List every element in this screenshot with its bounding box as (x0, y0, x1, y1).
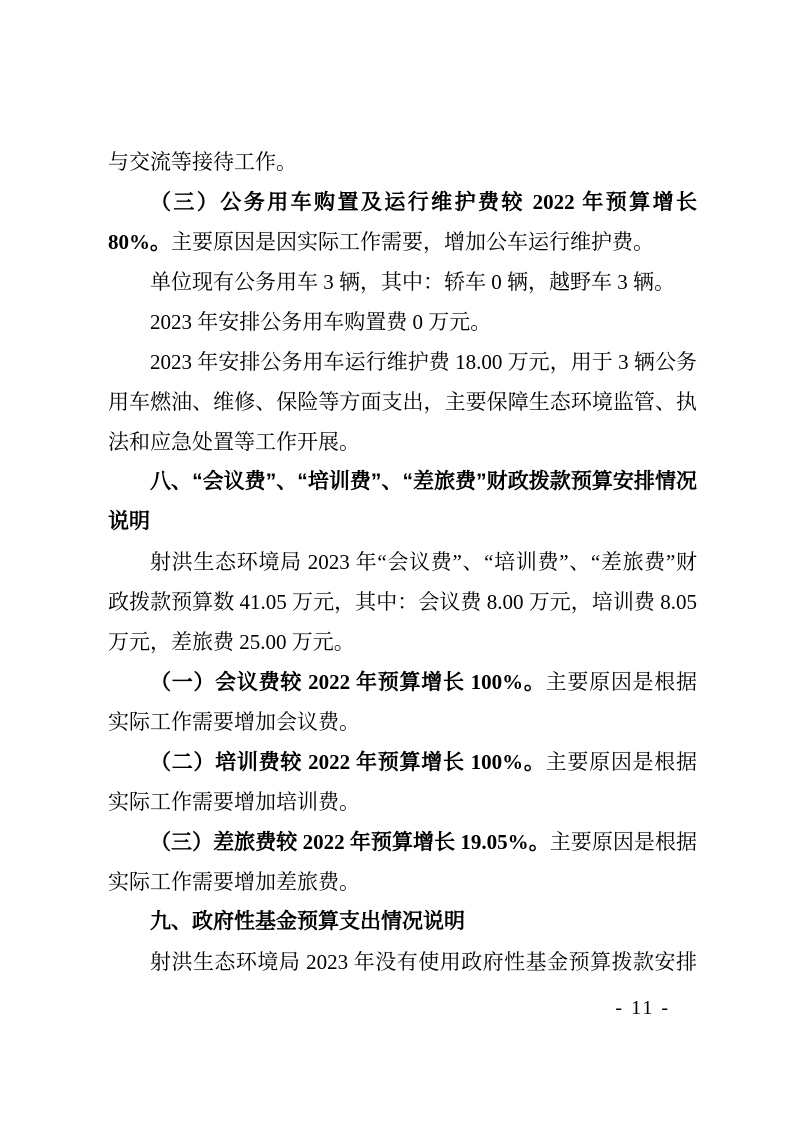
document-body: 与交流等接待工作。（三）公务用车购置及运行维护费较 2022 年预算增长 80%… (108, 142, 697, 982)
paragraph: 2023 年安排公务用车运行维护费 18.00 万元，用于 3 辆公务用车燃油、… (108, 342, 697, 462)
paragraph: （三）差旅费较 2022 年预算增长 19.05%。主要原因是根据实际工作需要增… (108, 822, 697, 902)
document-page: 与交流等接待工作。（三）公务用车购置及运行维护费较 2022 年预算增长 80%… (0, 0, 793, 1122)
text-run: （二）培训费较 2022 年预算增长 100%。 (150, 750, 546, 774)
text-run: 单位现有公务用车 3 辆，其中：轿车 0 辆，越野车 3 辆。 (150, 270, 675, 294)
section-heading: 九、政府性基金预算支出情况说明 (108, 902, 697, 942)
section-heading: 八、“会议费”、“培训费”、“差旅费”财政拨款预算安排情况说明 (108, 462, 697, 542)
text-run: 2023 年安排公务用车购置费 0 万元。 (150, 310, 491, 334)
paragraph: 与交流等接待工作。 (108, 142, 697, 182)
text-run: 九、政府性基金预算支出情况说明 (150, 910, 465, 933)
text-run: 射洪生态环境局 2023 年没有使用政府性基金预算拨款安排 (150, 950, 697, 974)
text-run: 主要原因是因实际工作需要，增加公车运行维护费。 (171, 230, 654, 254)
text-run: （三）差旅费较 2022 年预算增长 19.05%。 (150, 830, 550, 854)
text-run: 八、“会议费”、“培训费”、“差旅费”财政拨款预算安排情况说明 (108, 470, 697, 533)
text-run: （一）会议费较 2022 年预算增长 100%。 (150, 670, 546, 694)
paragraph: （二）培训费较 2022 年预算增长 100%。主要原因是根据实际工作需要增加培… (108, 742, 697, 822)
text-run: 2023 年安排公务用车运行维护费 18.00 万元，用于 3 辆公务用车燃油、… (108, 350, 697, 454)
paragraph: 2023 年安排公务用车购置费 0 万元。 (108, 302, 697, 342)
paragraph: 射洪生态环境局 2023 年没有使用政府性基金预算拨款安排 (108, 942, 697, 982)
page-number: - 11 - (615, 994, 670, 1022)
paragraph: 射洪生态环境局 2023 年“会议费”、“培训费”、“差旅费”财政拨款预算数 4… (108, 542, 697, 662)
paragraph: （三）公务用车购置及运行维护费较 2022 年预算增长 80%。主要原因是因实际… (108, 182, 697, 262)
paragraph: 单位现有公务用车 3 辆，其中：轿车 0 辆，越野车 3 辆。 (108, 262, 697, 302)
text-run: 与交流等接待工作。 (108, 150, 297, 174)
paragraph: （一）会议费较 2022 年预算增长 100%。主要原因是根据实际工作需要增加会… (108, 662, 697, 742)
text-run: 射洪生态环境局 2023 年“会议费”、“培训费”、“差旅费”财政拨款预算数 4… (108, 550, 697, 654)
